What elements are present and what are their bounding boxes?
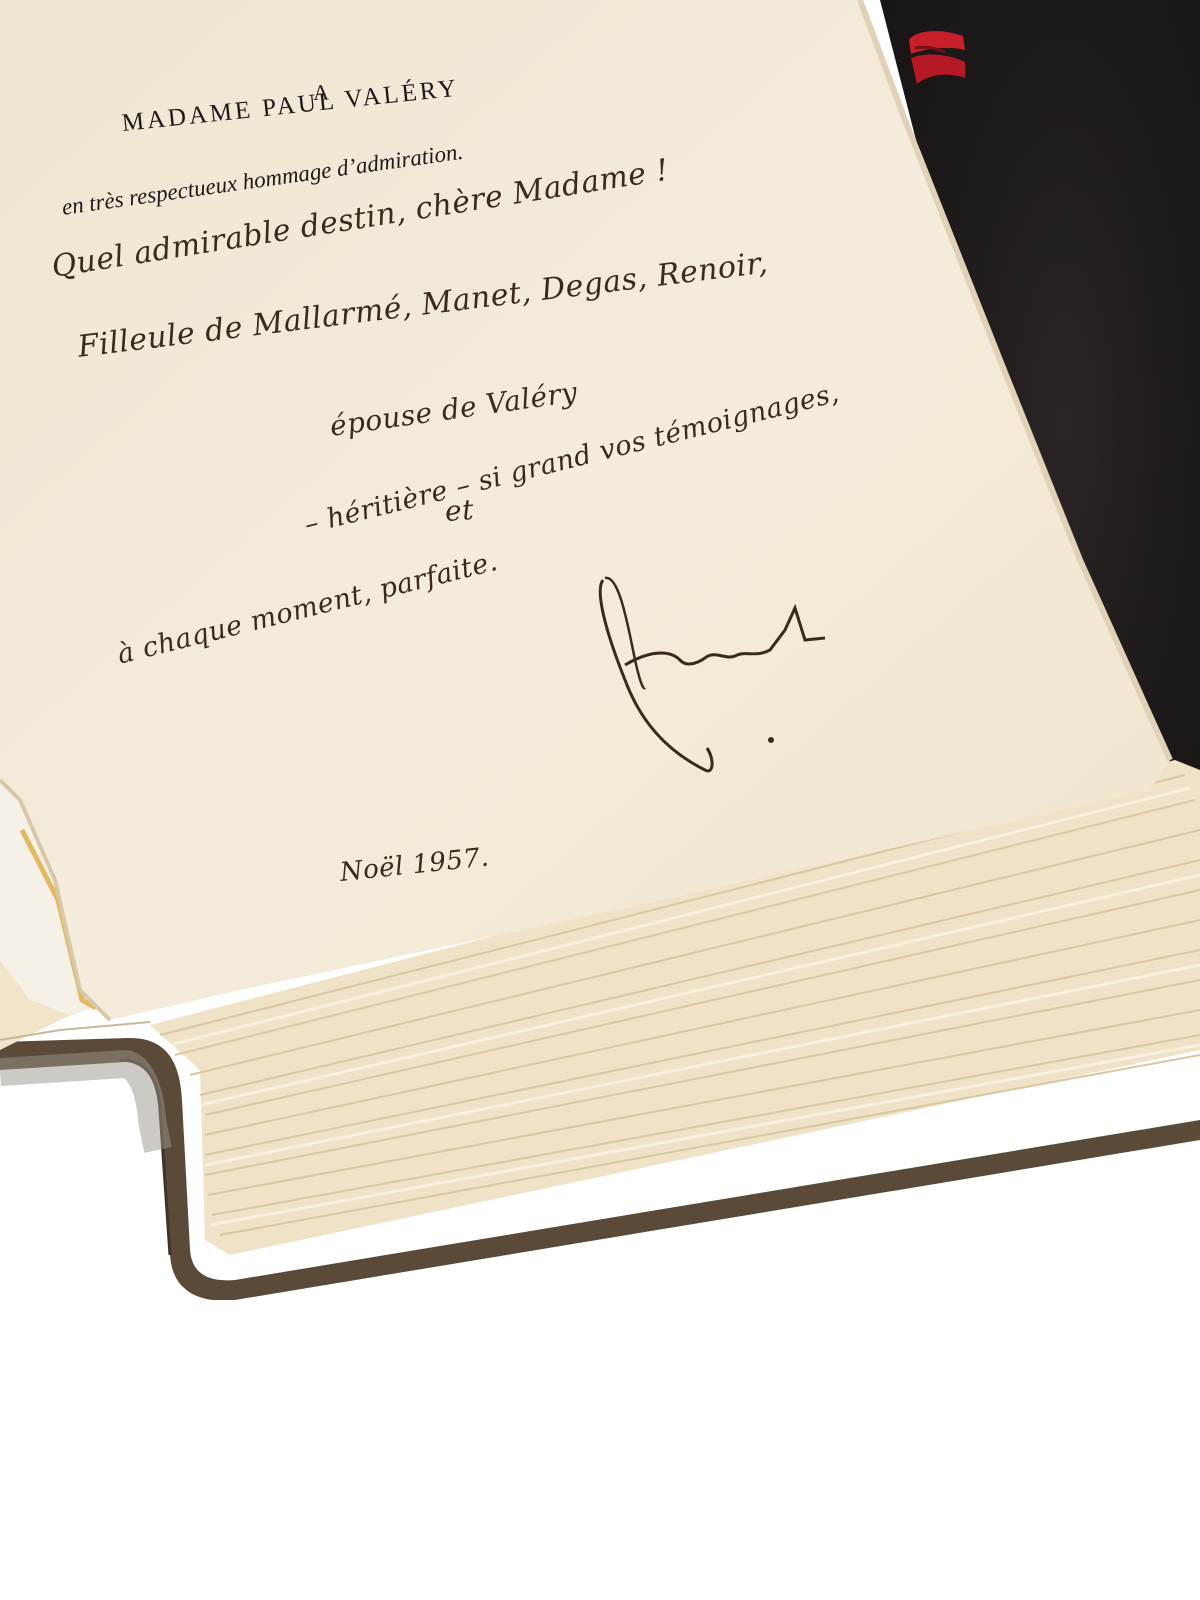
inscription-line-6: à chaque moment, parfaite. [114,546,501,671]
book-photo-scene: A MADAME PAUL VALÉRY en très respectueux… [0,0,1200,1600]
handwritten-inscription: Quel admirable destin, chère Madame ! Fi… [0,0,1200,1100]
inscription-line-1: Quel admirable destin, chère Madame ! [49,153,671,285]
inscription-line-3: épouse de Valéry [328,375,580,442]
inscription-date: Noël 1957. [338,842,490,887]
author-signature [595,570,835,790]
